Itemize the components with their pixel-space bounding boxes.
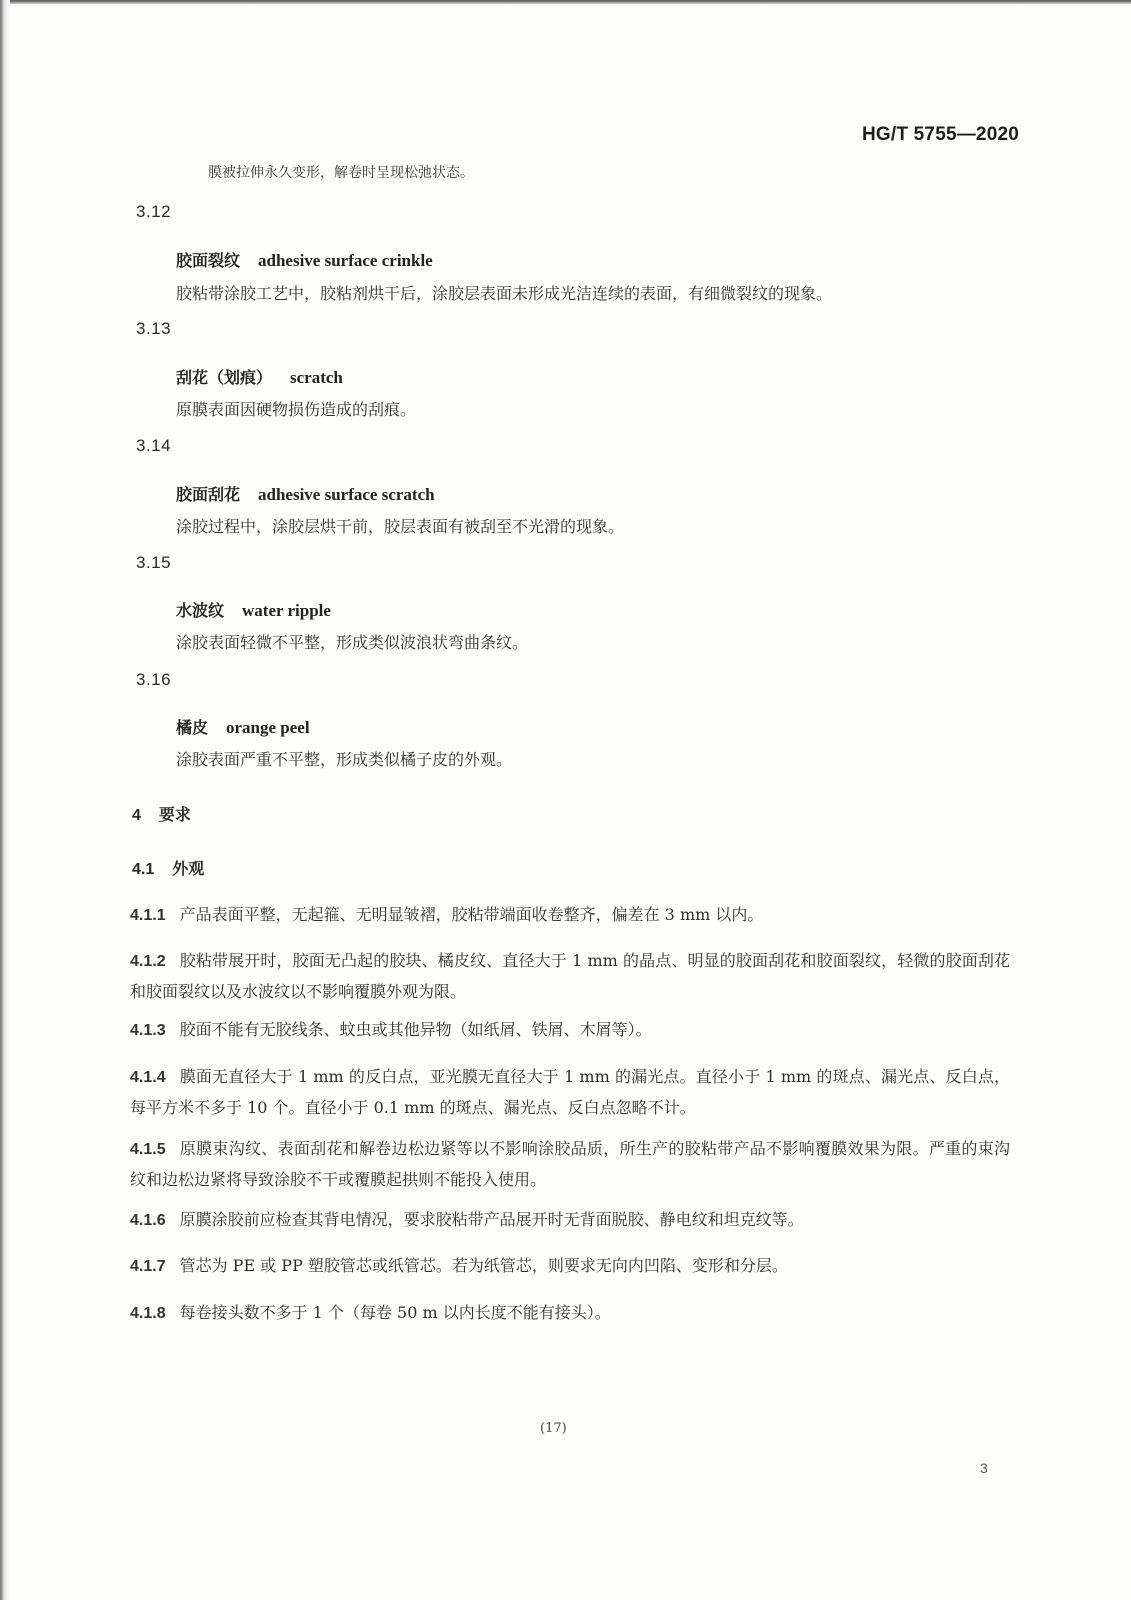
term-number: 3.13: [136, 319, 171, 339]
term-heading: 水波纹water ripple: [176, 598, 331, 621]
clause-text: 原膜束沟纹、表面刮花和解卷边松边紧等以不影响涂胶品质，所生产的胶粘带产品不影响覆…: [130, 1139, 1010, 1189]
term-definition: 涂胶过程中，涂胶层烘干前，胶层表面有被刮至不光滑的现象。: [176, 514, 624, 537]
subsection-number: 4.1: [132, 861, 154, 878]
term-number: 3.14: [136, 436, 171, 456]
clause-text: 产品表面平整，无起箍、无明显皱褶，胶粘带端面收卷整齐，偏差在 3 mm 以内。: [180, 905, 764, 924]
term-zh: 胶面裂纹: [176, 251, 240, 270]
clause-number: 4.1.4: [130, 1069, 166, 1086]
term-definition: 涂胶表面严重不平整，形成类似橘子皮的外观。: [176, 747, 512, 770]
term-heading: 胶面刮花adhesive surface scratch: [176, 482, 435, 505]
clause-text: 胶粘带展开时，胶面无凸起的胶块、橘皮纹、直径大于 1 mm 的晶点、明显的胶面刮…: [130, 951, 1010, 1001]
clause-number: 4.1.2: [130, 953, 166, 970]
term-zh: 水波纹: [176, 601, 224, 620]
term-definition: 原膜表面因硬物损伤造成的刮痕。: [176, 397, 416, 420]
term-zh: 橘皮: [176, 718, 208, 737]
clause-number: 4.1.5: [130, 1141, 166, 1158]
term-en: water ripple: [242, 601, 331, 620]
clause-number: 4.1.8: [130, 1305, 166, 1322]
clause: 4.1.8每卷接头数不多于 1 个（每卷 50 m 以内长度不能有接头）。: [130, 1298, 1010, 1329]
clause: 4.1.1产品表面平整，无起箍、无明显皱褶，胶粘带端面收卷整齐，偏差在 3 mm…: [130, 900, 1010, 931]
standard-code-header: HG/T 5755—2020: [862, 124, 1019, 146]
continuation-line: 膜被拉伸永久变形，解卷时呈现松弛状态。: [208, 162, 474, 182]
clause: 4.1.2胶粘带展开时，胶面无凸起的胶块、橘皮纹、直径大于 1 mm 的晶点、明…: [130, 946, 1010, 1007]
clause-text: 膜面无直径大于 1 mm 的反白点，亚光膜无直径大于 1 mm 的漏光点。直径小…: [130, 1067, 1010, 1117]
clause-text: 胶面不能有无胶线条、蚊虫或其他异物（如纸屑、铁屑、木屑等）。: [180, 1020, 652, 1039]
clause: 4.1.5原膜束沟纹、表面刮花和解卷边松边紧等以不影响涂胶品质，所生产的胶粘带产…: [130, 1134, 1010, 1195]
clause-text: 每卷接头数不多于 1 个（每卷 50 m 以内长度不能有接头）。: [180, 1303, 611, 1322]
clause-number: 4.1.7: [130, 1258, 166, 1275]
term-heading: 刮花（划痕）scratch: [176, 365, 343, 388]
term-definition: 涂胶表面轻微不平整，形成类似波浪状弯曲条纹。: [176, 630, 528, 653]
scan-edge-top: [0, 0, 1131, 4]
page-number: 3: [980, 1460, 988, 1476]
term-en: scratch: [290, 368, 343, 387]
term-zh: 胶面刮花: [176, 485, 240, 504]
term-number: 3.15: [136, 553, 171, 573]
clause: 4.1.7管芯为 PE 或 PP 塑胶管芯或纸管芯。若为纸管芯，则要求无向内凹陷…: [130, 1251, 1010, 1282]
subsection-title: 外观: [172, 859, 204, 878]
scan-edge-left: [0, 0, 10, 1600]
term-number: 3.12: [136, 202, 171, 222]
clause: 4.1.4膜面无直径大于 1 mm 的反白点，亚光膜无直径大于 1 mm 的漏光…: [130, 1062, 1010, 1123]
clause-text: 管芯为 PE 或 PP 塑胶管芯或纸管芯。若为纸管芯，则要求无向内凹陷、变形和分…: [180, 1256, 788, 1275]
term-heading: 橘皮orange peel: [176, 715, 310, 738]
clause-number: 4.1.1: [130, 907, 166, 924]
subsection-heading: 4.1外观: [132, 856, 204, 879]
clause-number: 4.1.3: [130, 1022, 166, 1039]
term-en: adhesive surface scratch: [258, 485, 435, 504]
clause-number: 4.1.6: [130, 1212, 166, 1229]
term-definition: 胶粘带涂胶工艺中，胶粘剂烘干后，涂胶层表面未形成光洁连续的表面，有细微裂纹的现象…: [176, 281, 832, 304]
term-en: adhesive surface crinkle: [258, 251, 433, 270]
term-heading: 胶面裂纹adhesive surface crinkle: [176, 248, 433, 271]
section-number: 4: [132, 807, 141, 824]
footer-sequence-page: (17): [540, 1421, 567, 1436]
section-title: 要求: [159, 805, 191, 824]
section-heading: 4要求: [132, 802, 191, 825]
clause: 4.1.6原膜涂胶前应检查其背电情况，要求胶粘带产品展开时无背面脱胶、静电纹和坦…: [130, 1205, 1010, 1236]
clause-text: 原膜涂胶前应检查其背电情况，要求胶粘带产品展开时无背面脱胶、静电纹和坦克纹等。: [180, 1210, 804, 1229]
term-en: orange peel: [226, 718, 310, 737]
term-zh: 刮花（划痕）: [176, 368, 272, 387]
term-number: 3.16: [136, 670, 171, 690]
clause: 4.1.3胶面不能有无胶线条、蚊虫或其他异物（如纸屑、铁屑、木屑等）。: [130, 1015, 1010, 1046]
